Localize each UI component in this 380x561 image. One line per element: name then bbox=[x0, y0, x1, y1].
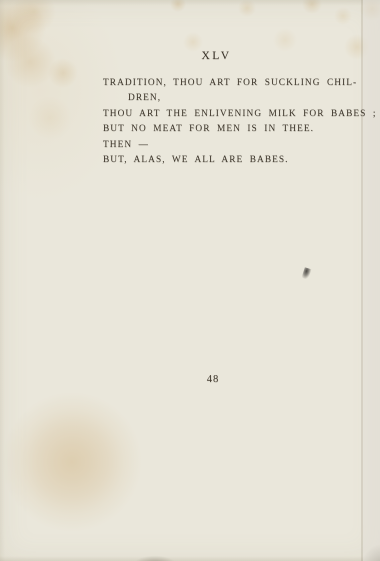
poem-line: THEN — bbox=[103, 138, 353, 153]
poem-line: DREN, bbox=[103, 91, 353, 106]
poem-line: BUT, ALAS, WE ALL ARE BABES. bbox=[103, 153, 353, 168]
poem-line: THOU ART THE ENLIVENING MILK FOR BABES ; bbox=[103, 107, 353, 122]
poem-line: BUT NO MEAT FOR MEN IS IN THEE. bbox=[103, 122, 353, 137]
page-number: 48 bbox=[103, 374, 323, 385]
ink-speck bbox=[301, 267, 311, 280]
page-edge-line bbox=[361, 0, 363, 561]
poem-section-number: XLV bbox=[103, 50, 330, 62]
page-edge-strip bbox=[363, 0, 380, 561]
book-page: XLV TRADITION, THOU ART FOR SUCKLING CHI… bbox=[0, 0, 380, 561]
poem-line: TRADITION, THOU ART FOR SUCKLING CHIL- bbox=[103, 76, 353, 91]
poem-text-block: TRADITION, THOU ART FOR SUCKLING CHIL- D… bbox=[103, 76, 353, 168]
